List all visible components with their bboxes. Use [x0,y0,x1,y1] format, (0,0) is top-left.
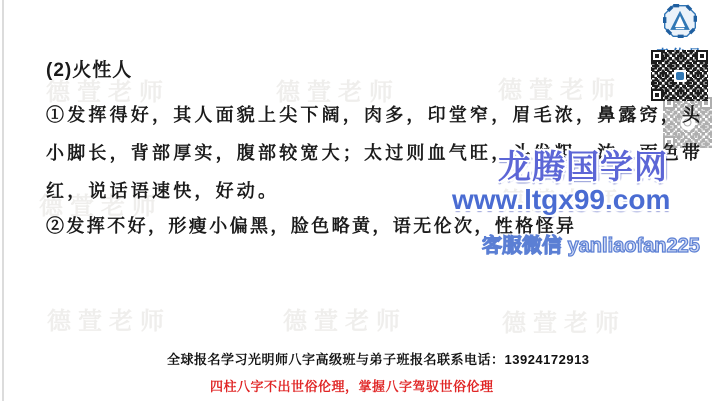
teacher-watermark: 德萱老师 [47,301,171,336]
teacher-watermark: 德萱老师 [283,301,407,336]
site-url-watermark: www.ltgx99.com [452,184,670,216]
wechat-label: 客服微信 [482,235,562,257]
wechat-contact-watermark: 客服微信 yanliaofan225 [482,229,700,258]
qr-code-dark [651,50,708,101]
teacher-watermark: 德萱老师 [502,303,626,338]
wechat-id: yanliaofan225 [568,235,700,257]
site-name-watermark: 龙腾国学网 [498,141,668,188]
qr-finder-icon [651,50,663,62]
bagua-octagon-logo-icon [663,4,697,38]
paragraph1-line3: 红，说话语速快，好动。 [46,177,279,203]
page-left-edge [2,0,4,401]
red-slogan-line: 四柱八字不出世俗伦理，掌握八字驾驭世俗伦理 [210,376,494,395]
qr-finder-icon [696,50,708,62]
enrollment-contact-line: 全球报名学习光明师八字高级班与弟子班报名联系电话：13924172913 [167,349,590,368]
teacher-watermark: 德萱老师 [498,70,622,105]
qr-center-logo-icon [674,70,686,82]
paragraph1-line1: ①发挥得好，其人面貌上尖下阔，肉多，印堂窄，眉毛浓，鼻露窍，头 [46,101,703,127]
qr-finder-icon [651,89,663,101]
section-title: (2)火性人 [46,55,132,82]
